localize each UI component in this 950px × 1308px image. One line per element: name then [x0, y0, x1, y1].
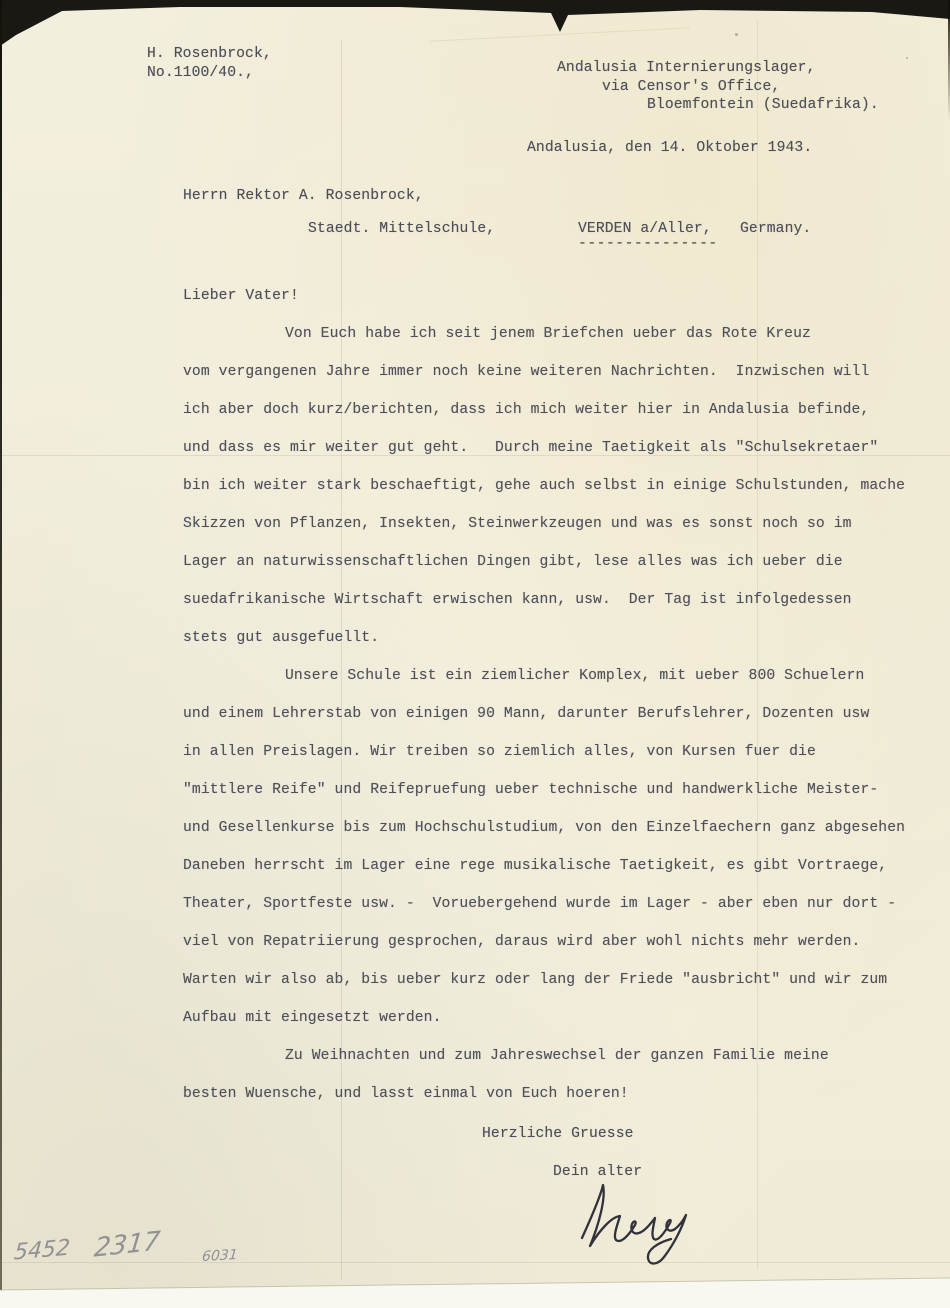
body-line: viel von Repatriierung gesprochen, darau… [183, 934, 923, 972]
recipient-name-line: Herrn Rektor A. Rosenbrock, [183, 188, 424, 204]
pencil-speck [906, 57, 908, 59]
scan-edge-left [0, 0, 2, 1308]
pencil-annotation-1: 5452 [13, 1235, 71, 1265]
body-line: und Gesellenkurse bis zum Hochschulstudi… [183, 820, 923, 858]
body-line: Warten wir also ab, bis ueber kurz oder … [183, 972, 923, 1010]
closing-signoff: Dein alter [553, 1164, 642, 1180]
pencil-annotation-3: 6031 [201, 1247, 238, 1265]
camp-address-line-3: Bloemfontein (Suedafrika). [647, 97, 879, 113]
paragraph-3: Zu Weihnachten und zum Jahreswechsel der… [183, 1048, 923, 1124]
scanned-letter-page: H. Rosenbrock, No.1100/40., Andalusia In… [0, 0, 950, 1308]
body-line: Zu Weihnachten und zum Jahreswechsel der… [183, 1048, 923, 1086]
paragraph-1: Von Euch habe ich seit jenem Briefchen u… [183, 326, 923, 668]
body-line: Unsere Schule ist ein ziemlicher Komplex… [183, 668, 923, 706]
scan-edge-top [0, 0, 950, 50]
dateline: Andalusia, den 14. Oktober 1943. [527, 140, 812, 156]
body-line: suedafrikanische Wirtschaft erwischen ka… [183, 592, 923, 630]
pencil-speck [735, 33, 738, 36]
scan-edge-bottom [0, 1268, 950, 1308]
signature [572, 1180, 702, 1266]
recipient-school: Staedt. Mittelschule, [308, 221, 495, 237]
body-line: besten Wuensche, und lasst einmal von Eu… [183, 1086, 923, 1124]
body-line: Lager an naturwissenschaftlichen Dingen … [183, 554, 923, 592]
body-line: stets gut ausgefuellt. [183, 630, 923, 668]
sender-number-line: No.1100/40., [147, 65, 254, 81]
body-line: Skizzen von Pflanzen, Insekten, Steinwer… [183, 516, 923, 554]
salutation: Lieber Vater! [183, 288, 299, 304]
camp-address-line-2: via Censor's Office, [602, 79, 780, 95]
body-line: und einem Lehrerstab von einigen 90 Mann… [183, 706, 923, 744]
body-line: Von Euch habe ich seit jenem Briefchen u… [183, 326, 923, 364]
body-line: bin ich weiter stark beschaeftigt, gehe … [183, 478, 923, 516]
body-line: Daneben herrscht im Lager eine rege musi… [183, 858, 923, 896]
address-underline: --------------- [578, 236, 718, 252]
body-line: Aufbau mit eingesetzt werden. [183, 1010, 923, 1048]
body-line: ich aber doch kurz/berichten, dass ich m… [183, 402, 923, 440]
body-line: und dass es mir weiter gut geht. Durch m… [183, 440, 923, 478]
camp-address-line-1: Andalusia Internierungslager, [557, 60, 816, 76]
recipient-city: VERDEN a/Aller, [578, 221, 712, 237]
horizontal-fold-crease-lower [0, 1262, 950, 1263]
sender-name-line: H. Rosenbrock, [147, 46, 272, 62]
recipient-country: Germany. [740, 221, 811, 237]
body-line: Theater, Sportfeste usw. - Voruebergehen… [183, 896, 923, 934]
paragraph-2: Unsere Schule ist ein ziemlicher Komplex… [183, 668, 923, 1048]
body-line: vom vergangenen Jahre immer noch keine w… [183, 364, 923, 402]
body-line: "mittlere Reife" und Reifepruefung ueber… [183, 782, 923, 820]
closing-greeting: Herzliche Gruesse [482, 1126, 634, 1142]
body-line: in allen Preislagen. Wir treiben so ziem… [183, 744, 923, 782]
